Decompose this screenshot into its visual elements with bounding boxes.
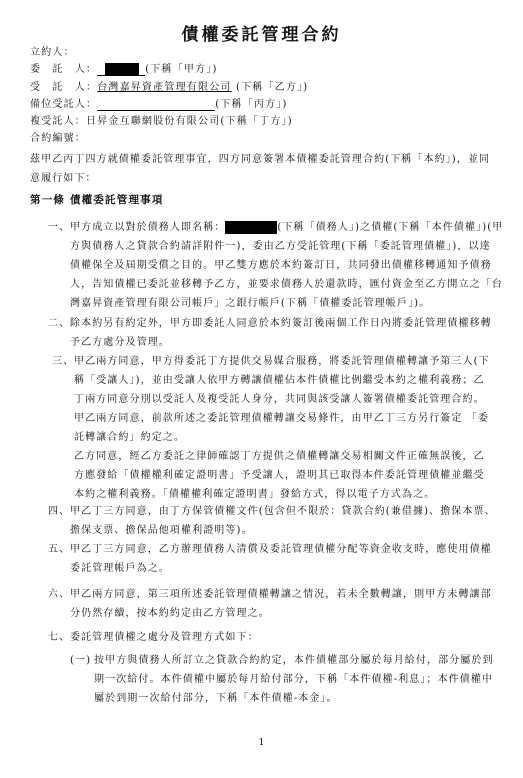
document-page: 債權委託管理合約 立約人： 委 託 人：(下稱「甲方」) 受 託 人：台灣嘉昇資… — [0, 0, 523, 778]
party-value: 台灣嘉昇資產管理有限公司 — [97, 82, 231, 93]
party-suffix: (下稱「甲方」) — [145, 64, 217, 75]
clause-number: 七、 — [48, 628, 70, 647]
redacted-principal-name — [105, 63, 139, 76]
clause-number: 五、 — [48, 540, 70, 559]
party-suffix: (下稱「丙方」) — [215, 99, 287, 110]
parties-header: 立約人： — [30, 46, 75, 59]
party-label: 委 託 人： — [30, 64, 97, 75]
party-label: 受 託 人： — [30, 82, 97, 93]
clause-number: 三、 — [52, 352, 74, 371]
party-backup-trustee: 備位受託人：(下稱「丙方」) — [30, 98, 288, 111]
clause-number: 六、 — [48, 585, 70, 604]
party-label: 備位受託人： — [30, 99, 97, 110]
section-heading: 第一條 債權委託管理事項 — [30, 194, 164, 207]
preamble: 茲甲乙丙丁四方就債權委託管理事宜，四方同意簽署本債權委託管理合約(下稱「本約」)… — [30, 150, 490, 188]
contract-number-label: 合約編號： — [30, 132, 86, 145]
party-suffix: (下稱「乙方」) — [232, 82, 309, 93]
party-suffix: (下稱「丁方」) — [220, 116, 292, 127]
party-label: 複受託人： — [30, 116, 86, 127]
party-sub-trustee: 複受託人：日昇金互聯網股份有限公司(下稱「丁方」) — [30, 115, 293, 128]
party-value: 日昇金互聯網股份有限公司 — [86, 116, 220, 127]
clause-number: 二、 — [48, 314, 70, 333]
party-trustee: 受 託 人：台灣嘉昇資產管理有限公司 (下稱「乙方」) — [30, 81, 308, 94]
party-principal: 委 託 人：(下稱「甲方」) — [30, 63, 218, 76]
clause-number: 四、 — [48, 502, 70, 521]
page-number: 1 — [0, 738, 523, 748]
clause-number: 一、 — [48, 218, 70, 237]
document-title: 債權委託管理合約 — [0, 20, 523, 45]
blank-field — [97, 100, 215, 111]
sub-clause-number: (一) — [70, 651, 91, 670]
redacted-debtor-name — [225, 221, 277, 234]
